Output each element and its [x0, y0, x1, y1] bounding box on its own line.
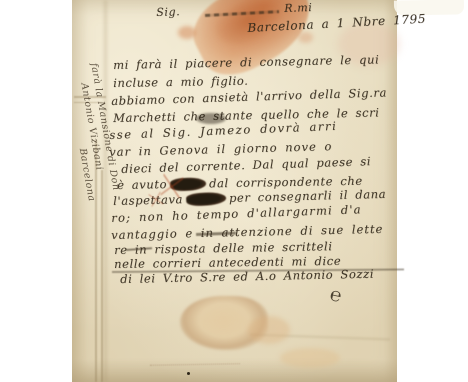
salutation-left: Sig.: [156, 5, 180, 19]
stain-spot: [178, 26, 196, 39]
photo-background: Sig. R.mi Barcelona a 1 Nbre 1795 mi far…: [0, 0, 468, 382]
ink-speck: [187, 372, 190, 375]
red-chalk-mark: [161, 174, 184, 199]
ink-smudge: [196, 113, 226, 124]
salutation-right: R.mi: [284, 1, 313, 15]
ink-blot: [186, 191, 227, 206]
stain-spot: [298, 32, 313, 43]
corner-stain: [280, 348, 340, 368]
body-line-2: incluse a mio figlio.: [113, 74, 249, 90]
bottom-stain-spot: [248, 316, 290, 344]
